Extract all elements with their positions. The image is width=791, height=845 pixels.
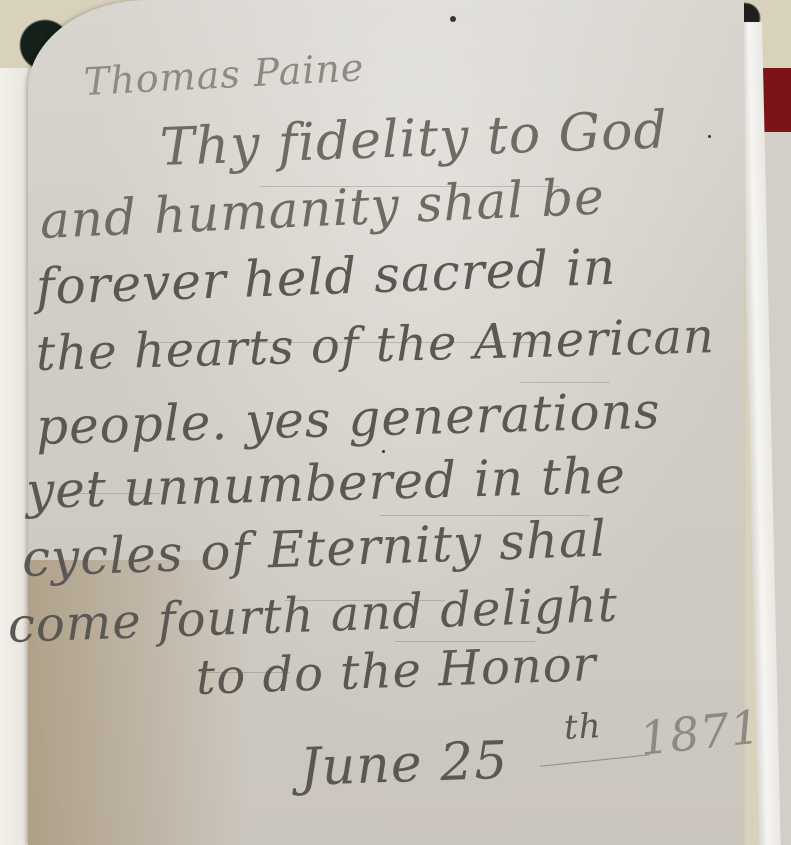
ink-spot	[450, 16, 456, 22]
ink-spot	[708, 135, 711, 138]
date-suffix: th	[563, 706, 603, 748]
red-fabric-patch	[762, 68, 791, 132]
date-month-day: June 25	[299, 731, 509, 798]
